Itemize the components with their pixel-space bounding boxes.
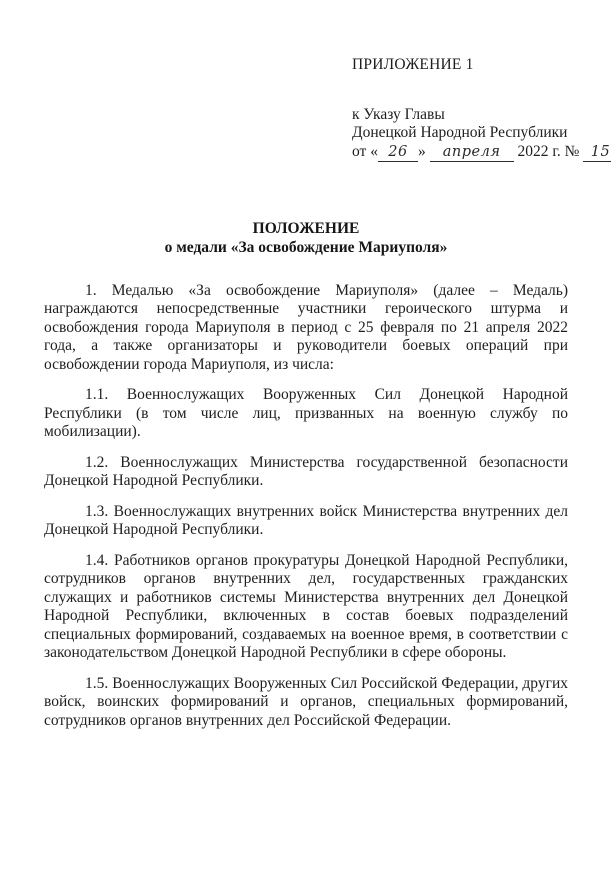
document-body: 1. Медалью «За освобождение Мариуполя» (…	[44, 282, 568, 731]
paragraph-1: 1. Медалью «За освобождение Мариуполя» (…	[44, 282, 568, 375]
handwritten-day: 26	[378, 146, 418, 162]
paragraph-1-1: 1.1. Военнослужащих Вооруженных Сил Доне…	[44, 386, 568, 442]
addressee-line-1: к Указу Главы	[352, 106, 568, 125]
handwritten-month: апреля	[430, 146, 514, 162]
appendix-label: ПРИЛОЖЕНИЕ 1	[352, 56, 568, 75]
date-quote-close: »	[418, 143, 426, 160]
document-title: ПОЛОЖЕНИЕ о медали «За освобождение Мари…	[44, 219, 568, 257]
date-prefix: от «	[352, 143, 378, 160]
paragraph-1-3: 1.3. Военнослужащих внутренних войск Мин…	[44, 503, 568, 540]
paragraph-1-2: 1.2. Военнослужащих Министерства государ…	[44, 454, 568, 491]
document-header: ПРИЛОЖЕНИЕ 1 к Указу Главы Донецкой Наро…	[352, 56, 568, 162]
date-line: от «26» апреля 2022 г. № 156	[352, 143, 568, 162]
paragraph-1-4: 1.4. Работников органов прокуратуры Доне…	[44, 552, 568, 663]
date-year-part: 2022 г. №	[517, 143, 579, 160]
paragraph-1-5: 1.5. Военнослужащих Вооруженных Сил Росс…	[44, 675, 568, 731]
title-line-2: о медали «За освобождение Мариуполя»	[44, 238, 568, 257]
handwritten-number: 156	[583, 146, 611, 162]
document-page: ПРИЛОЖЕНИЕ 1 к Указу Главы Донецкой Наро…	[0, 0, 611, 870]
title-line-1: ПОЛОЖЕНИЕ	[44, 219, 568, 238]
addressee-line-2: Донецкой Народной Республики	[352, 124, 568, 143]
